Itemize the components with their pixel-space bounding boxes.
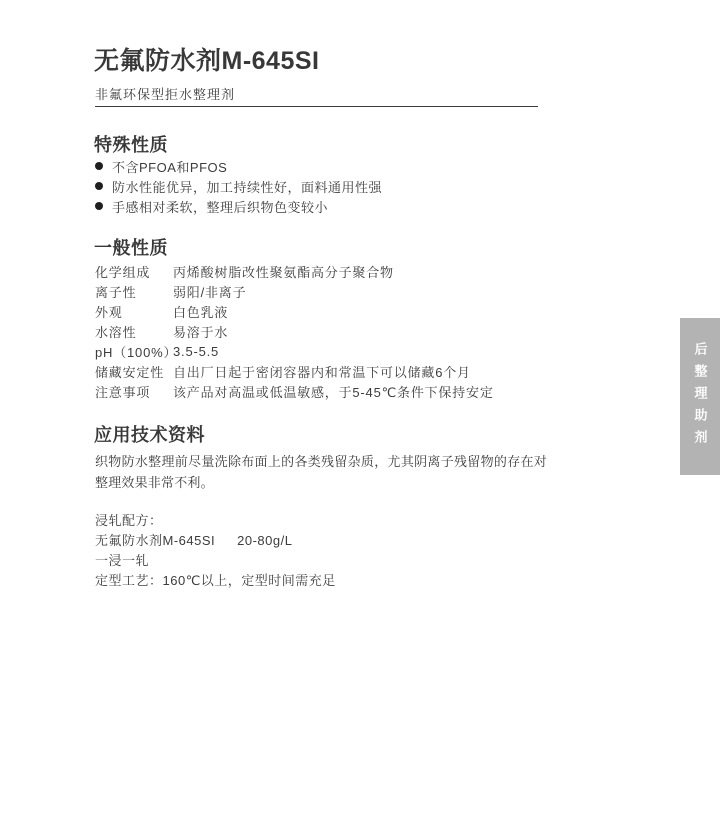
- bullet-text: 不含PFOA和PFOS: [112, 157, 227, 176]
- property-label: 化学组成: [95, 262, 173, 281]
- property-label: 注意事项: [95, 382, 173, 401]
- property-value: 弱阳/非离子: [173, 282, 246, 301]
- category-side-tab-label: 后整理助剂: [694, 342, 707, 452]
- property-label: 水溶性: [95, 322, 173, 341]
- general-properties-heading: 一般性质: [94, 239, 168, 257]
- bullet-dot-icon: [95, 202, 103, 210]
- recipe-process: 一浸一轧: [95, 551, 336, 571]
- application-heading: 应用技术资料: [94, 426, 205, 444]
- property-value: 白色乳液: [173, 302, 228, 321]
- recipe-setting: 定型工艺：160℃以上，定型时间需充足: [95, 571, 336, 591]
- general-properties-table: 化学组成 丙烯酸树脂改性聚氨酯高分子聚合物 离子性 弱阳/非离子 外观 白色乳液…: [95, 261, 494, 401]
- property-label: 离子性: [95, 282, 173, 301]
- property-label: 外观: [95, 302, 173, 321]
- application-paragraph: 织物防水整理前尽量洗除布面上的各类残留杂质，尤其阴离子残留物的存在对整理效果非常…: [95, 451, 547, 493]
- property-value: 自出厂日起于密闭容器内和常温下可以储藏6个月: [173, 362, 471, 381]
- recipe-setting-text: 定型工艺：160℃以上，定型时间需充足: [95, 571, 336, 591]
- table-row: 离子性 弱阳/非离子: [95, 281, 494, 301]
- datasheet-page: 无氟防水剂M-645SI 非氟环保型拒水整理剂 特殊性质 不含PFOA和PFOS…: [0, 0, 722, 814]
- bullet-text: 防水性能优异，加工持续性好，面料通用性强: [112, 177, 382, 196]
- list-item: 手感相对柔软，整理后织物色变较小: [95, 196, 382, 216]
- bullet-dot-icon: [95, 182, 103, 190]
- table-row: 化学组成 丙烯酸树脂改性聚氨酯高分子聚合物: [95, 261, 494, 281]
- recipe-dosage: 20-80g/L: [237, 531, 292, 551]
- recipe-process-text: 一浸一轧: [95, 551, 149, 571]
- table-row: 外观 白色乳液: [95, 301, 494, 321]
- list-item: 防水性能优异，加工持续性好，面料通用性强: [95, 176, 382, 196]
- table-row: 水溶性 易溶于水: [95, 321, 494, 341]
- property-label: pH（100%）: [95, 342, 173, 361]
- property-value: 3.5-5.5: [173, 344, 219, 359]
- recipe-dosage-row: 无氟防水剂M-645SI 20-80g/L: [95, 531, 336, 551]
- special-properties-list: 不含PFOA和PFOS 防水性能优异，加工持续性好，面料通用性强 手感相对柔软，…: [95, 156, 382, 216]
- category-side-tab: 后整理助剂: [680, 318, 720, 475]
- product-title: 无氟防水剂M-645SI: [94, 49, 319, 74]
- padding-recipe-block: 浸轧配方： 无氟防水剂M-645SI 20-80g/L 一浸一轧 定型工艺：16…: [95, 511, 336, 591]
- bullet-text: 手感相对柔软，整理后织物色变较小: [112, 197, 328, 216]
- special-properties-heading: 特殊性质: [94, 136, 168, 154]
- property-label: 储藏安定性: [95, 362, 173, 381]
- recipe-product: 无氟防水剂M-645SI: [95, 531, 215, 551]
- table-row: 注意事项 该产品对高温或低温敏感，于5-45℃条件下保持安定: [95, 381, 494, 401]
- recipe-title: 浸轧配方：: [95, 511, 336, 531]
- list-item: 不含PFOA和PFOS: [95, 156, 382, 176]
- subtitle-underline: 非氟环保型拒水整理剂: [95, 88, 538, 107]
- property-value: 易溶于水: [173, 322, 228, 341]
- recipe-title-text: 浸轧配方：: [95, 511, 163, 531]
- table-row: pH（100%） 3.5-5.5: [95, 341, 494, 361]
- table-row: 储藏安定性 自出厂日起于密闭容器内和常温下可以储藏6个月: [95, 361, 494, 381]
- bullet-dot-icon: [95, 162, 103, 170]
- product-subtitle: 非氟环保型拒水整理剂: [95, 88, 538, 101]
- property-value: 丙烯酸树脂改性聚氨酯高分子聚合物: [173, 262, 394, 281]
- property-value: 该产品对高温或低温敏感，于5-45℃条件下保持安定: [173, 382, 494, 401]
